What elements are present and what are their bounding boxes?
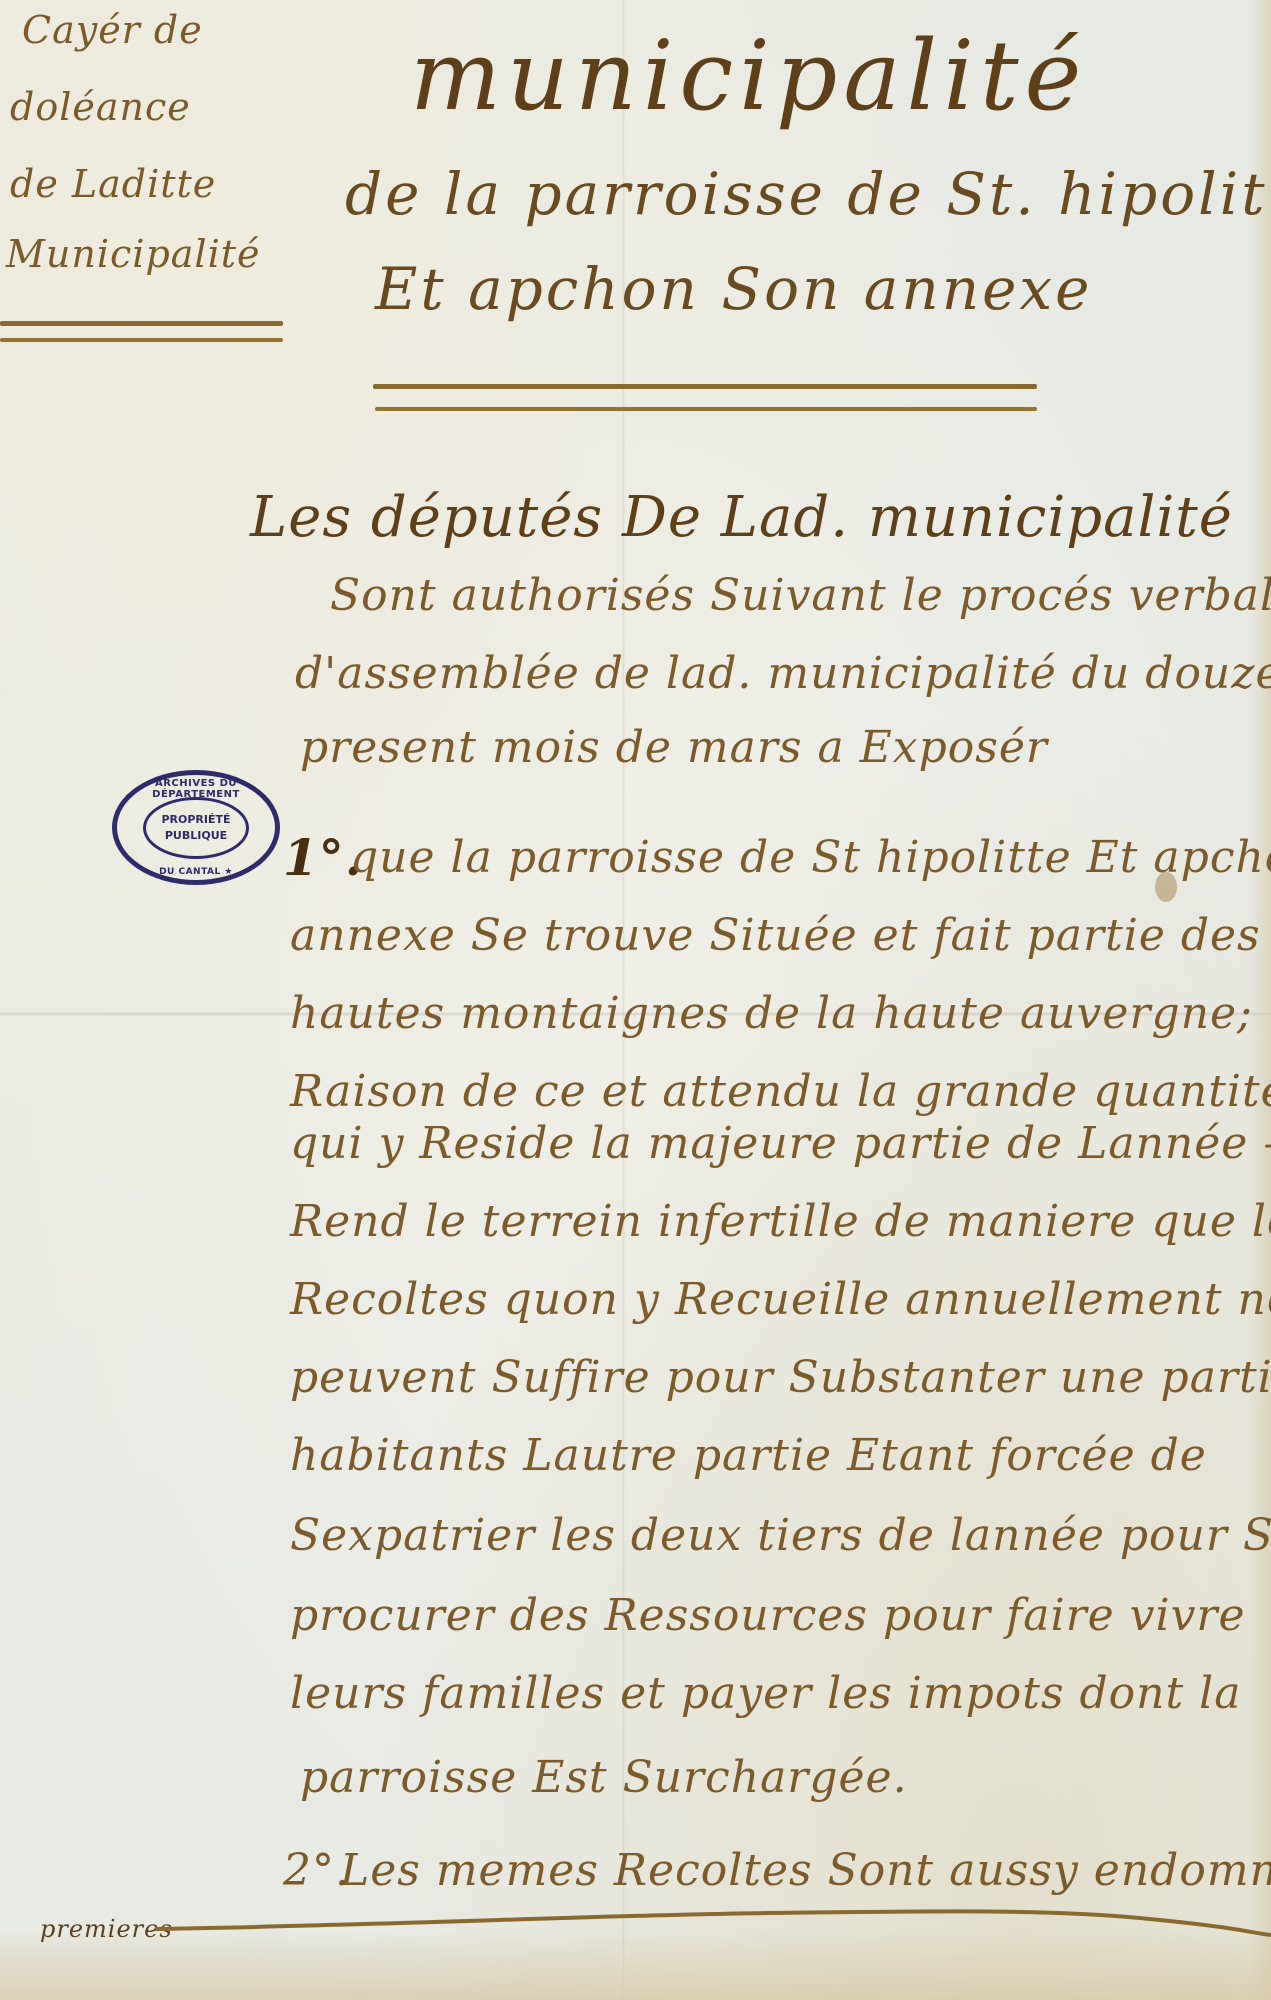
article-line: procurer des Ressources pour faire vivre bbox=[290, 1590, 1246, 1641]
margin-note-line: Cayér de bbox=[22, 8, 203, 52]
article-line: Les memes Recoltes Sont aussy endommagés bbox=[340, 1845, 1271, 1896]
header-rule bbox=[373, 384, 1037, 389]
manuscript-page: Cayér de doléance de Laditte Municipalit… bbox=[0, 0, 1271, 2000]
article-line: parroisse Est Surchargée. bbox=[300, 1752, 908, 1803]
article-line: Recoltes quon y Recueille annuellement n… bbox=[290, 1274, 1271, 1325]
subtitle-line: de la parroisse de St. hipolitte bbox=[345, 160, 1271, 228]
stamp-center-text: PUBLIQUE bbox=[165, 828, 227, 844]
intro-line: Les députés De Lad. municipalité bbox=[250, 485, 1233, 550]
intro-line: Sont authorisés Suivant le procés verbal bbox=[330, 570, 1271, 621]
stamp-center: PROPRIÉTÉ PUBLIQUE bbox=[143, 797, 249, 859]
closing-rule bbox=[150, 1905, 1271, 1945]
intro-line: present mois de mars a Exposér bbox=[300, 722, 1048, 773]
stamp-center-text: PROPRIÉTÉ bbox=[161, 812, 230, 828]
article-line: qui y Reside la majeure partie de Lannée… bbox=[290, 1118, 1271, 1169]
article-line: que la parroisse de St hipolitte Et apch… bbox=[350, 832, 1271, 883]
intro-line: d'assemblée de lad. municipalité du douz… bbox=[295, 648, 1271, 699]
stamp-ring-text: DU CANTAL ★ bbox=[117, 867, 275, 877]
article-line: Raison de ce et attendu la grande quanti… bbox=[290, 1066, 1271, 1117]
article-line: Sexpatrier les deux tiers de lannée pour… bbox=[290, 1510, 1271, 1561]
article-line: annexe Se trouve Située et fait partie d… bbox=[290, 910, 1271, 961]
margin-note-line: de Laditte bbox=[10, 162, 216, 206]
margin-note-rule bbox=[0, 321, 283, 326]
margin-note-line: Municipalité bbox=[6, 232, 261, 276]
article-line: peuvent Suffire pour Substanter une part… bbox=[290, 1352, 1271, 1403]
article-line: leurs familles et payer les impots dont … bbox=[290, 1668, 1241, 1719]
page-title: municipalité bbox=[410, 20, 1087, 132]
subtitle-line: Et apchon Son annexe bbox=[375, 255, 1092, 323]
archive-stamp: ARCHIVES DU DÉPARTEMENT PROPRIÉTÉ PUBLIQ… bbox=[112, 770, 280, 885]
article-line: habitants Lautre partie Etant forcée de bbox=[290, 1430, 1207, 1481]
header-rule bbox=[375, 407, 1037, 411]
margin-note-rule bbox=[0, 338, 283, 342]
margin-note-line: doléance bbox=[10, 85, 191, 129]
article-line: hautes montaignes de la haute auvergne; … bbox=[290, 988, 1271, 1039]
article-line: Rend le terrein infertille de maniere qu… bbox=[290, 1196, 1271, 1247]
